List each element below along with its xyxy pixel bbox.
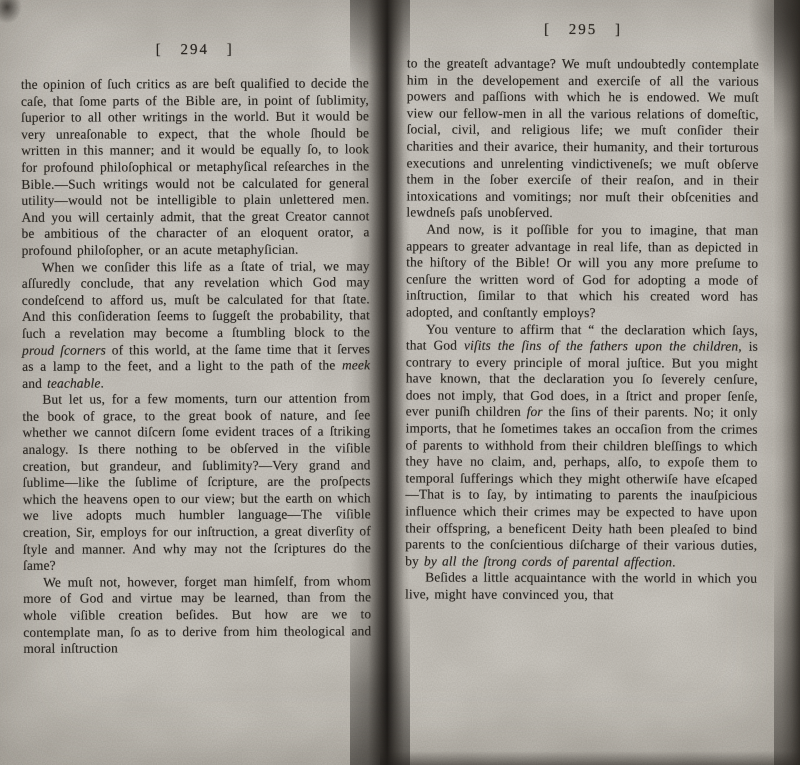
paragraph: You venture to affirm that “ the declara… [405,321,758,571]
paragraph: When we conſider this life as a ſtate of… [22,258,371,392]
page-295-text: to the greateſt advantage? We muſt undou… [405,55,759,604]
page-number-294: [ 294 ] [21,39,369,61]
page-number-295: [ 295 ] [407,19,759,40]
book-scan: [ 294 ] the opinion of ſuch critics as a… [0,0,800,765]
page-294-text: the opinion of ſuch critics as are beſt … [21,75,372,657]
page-295: [ 295 ] to the greateſt advantage? We mu… [405,19,759,604]
bottom-edge-stain [380,751,800,765]
paragraph: to the greateſt advantage? We muſt undou… [406,55,759,222]
corner-stain [0,0,22,24]
paragraph: We muſt not, however, forget man himſelf… [23,573,371,657]
paragraph: But let us, for a few moments, turn our … [22,391,371,575]
page-294: [ 294 ] the opinion of ſuch critics as a… [21,39,372,657]
paragraph: And now, is it poſſible for you to imagi… [406,221,758,322]
paragraph: the opinion of ſuch critics as are beſt … [21,75,370,259]
right-page-edge-shadow [774,0,800,765]
paragraph: Beſides a little acquaintance with the w… [405,570,757,604]
